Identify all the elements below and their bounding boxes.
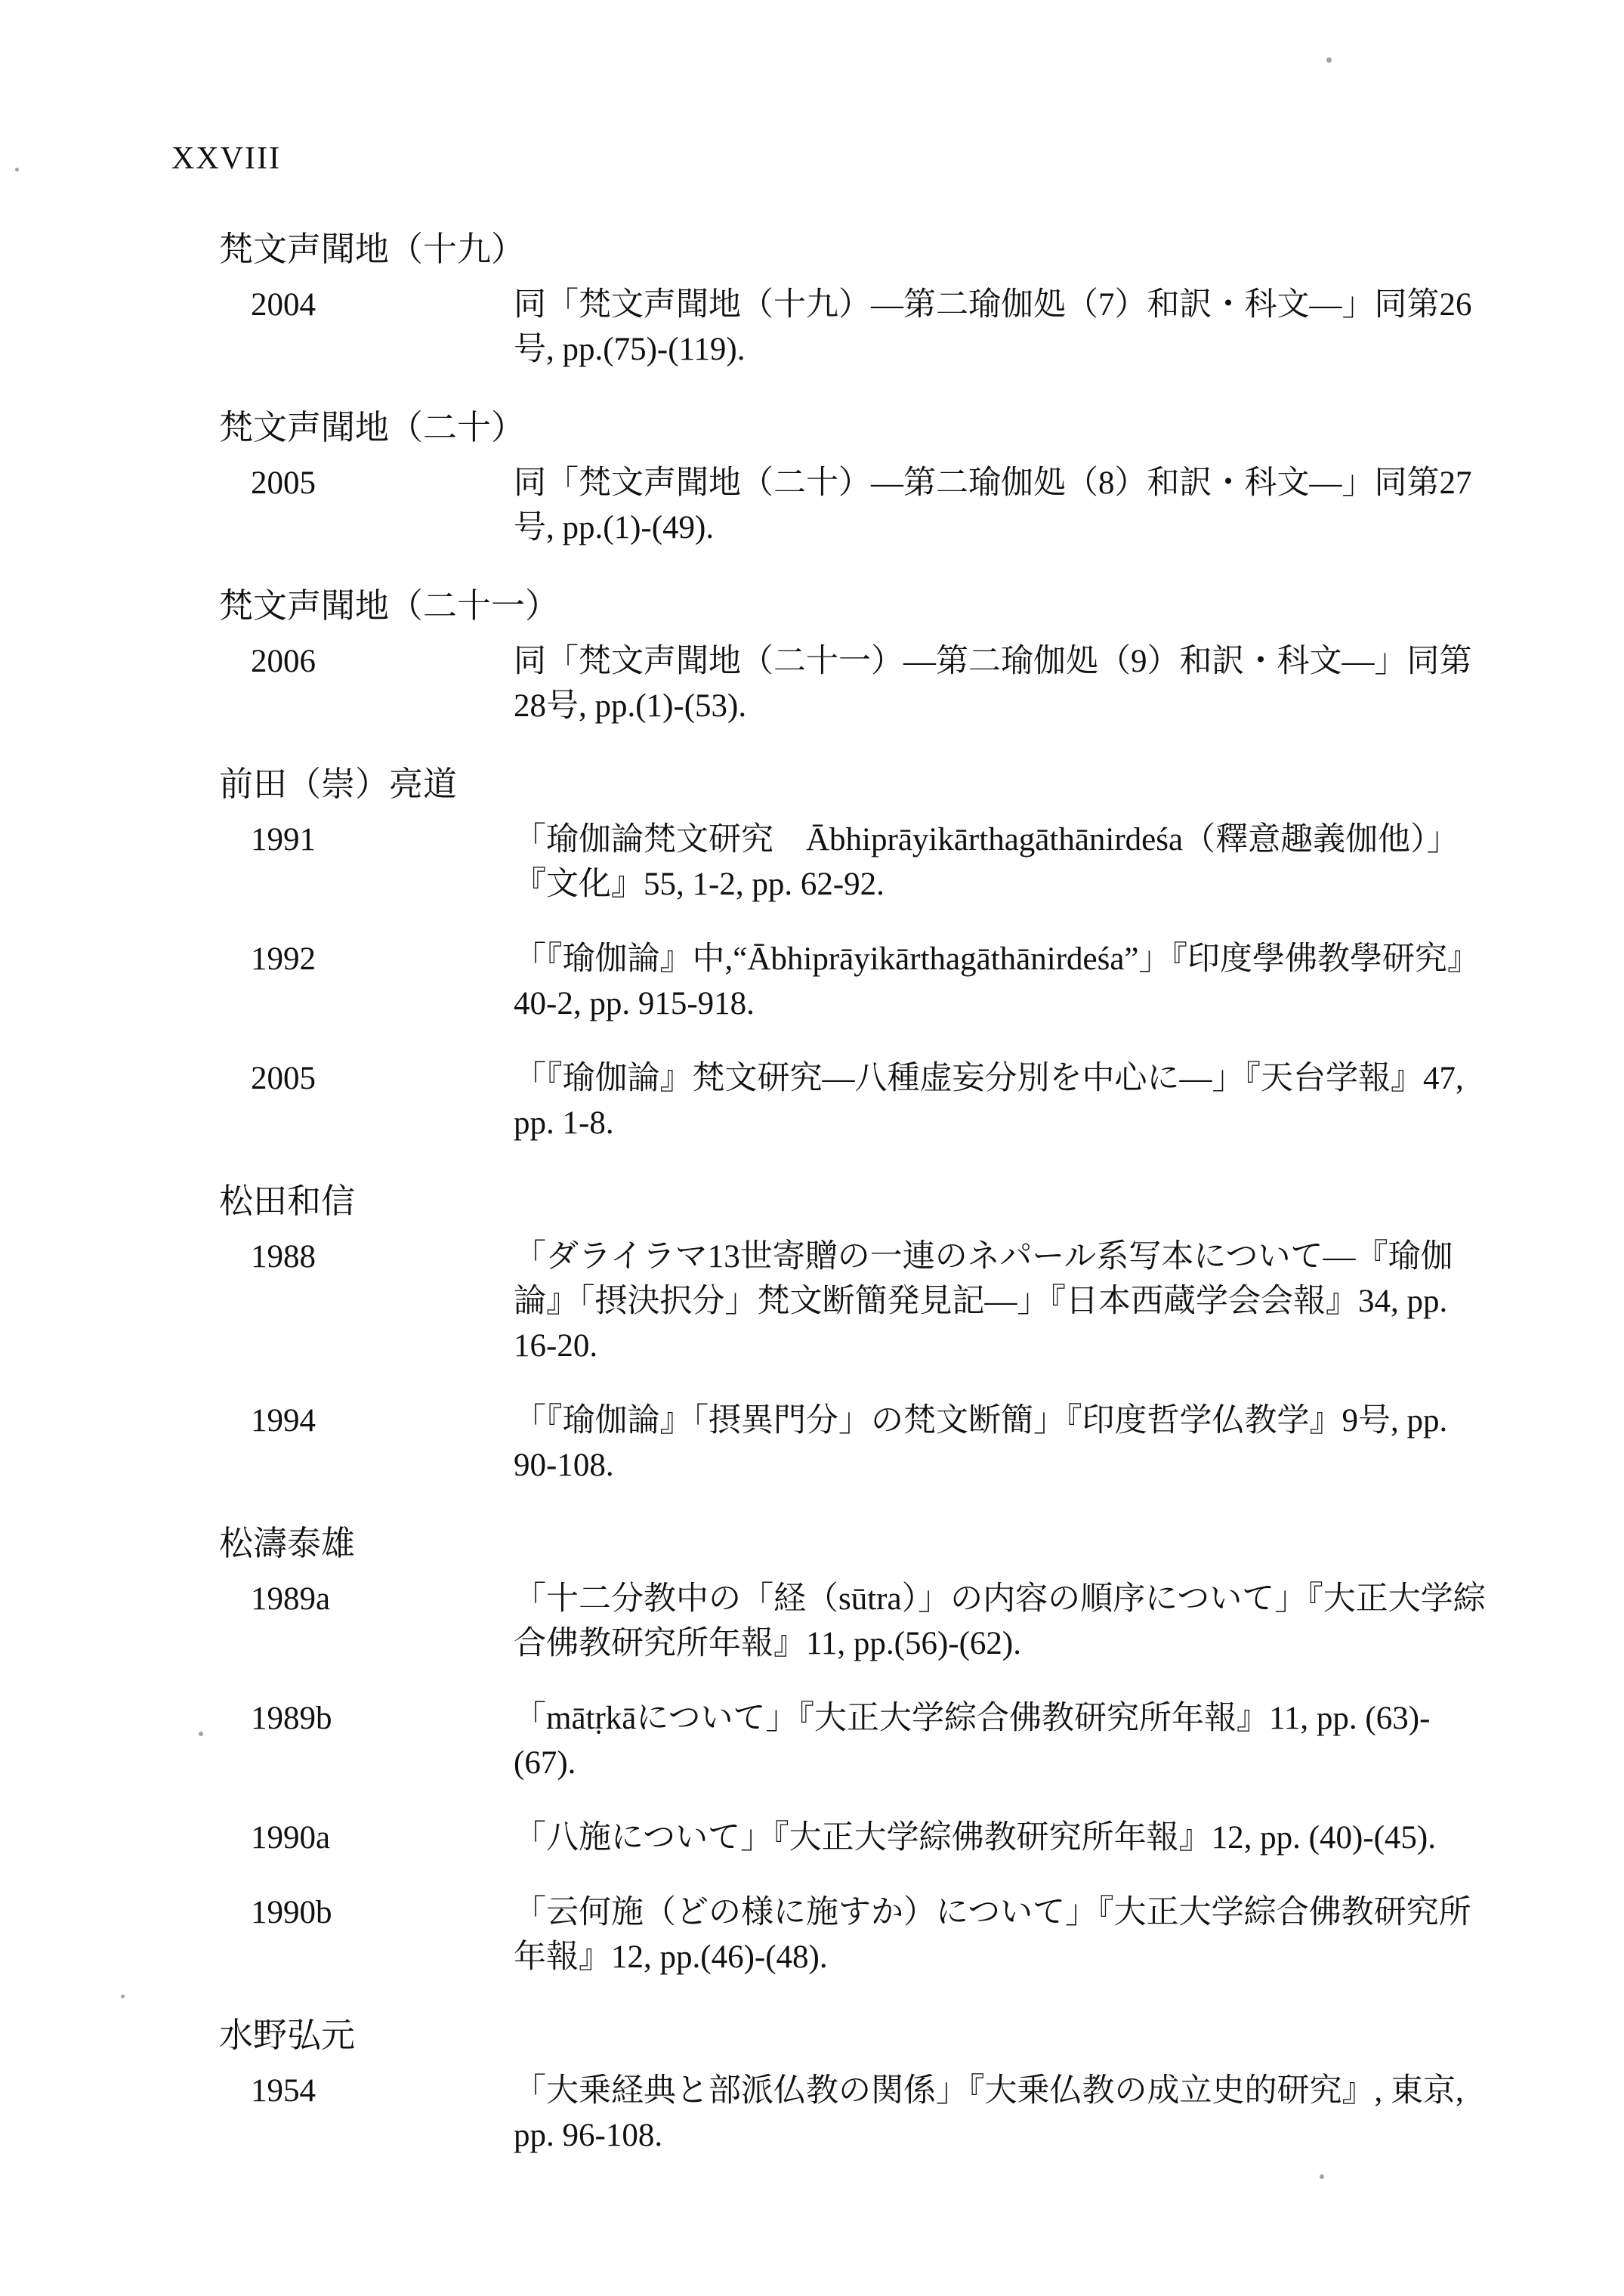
reference-entry: 1990a「八施について」『大正大学綜佛教研究所年報』12, pp. (40)-… — [219, 1815, 1496, 1860]
bibliography-section: 梵文声聞地（十九）2004同「梵文声聞地（十九）—第二瑜伽処（7）和訳・科文—」… — [219, 227, 1496, 372]
entry-year: 1954 — [219, 2069, 514, 2113]
author-heading: 松田和信 — [219, 1179, 1496, 1224]
scan-speck — [121, 1995, 125, 1998]
entry-year: 2006 — [219, 639, 514, 684]
author-heading: 松濤泰雄 — [219, 1521, 1496, 1566]
entry-year: 1994 — [219, 1398, 514, 1443]
entry-year: 2005 — [219, 1056, 514, 1101]
reference-entry: 1994「『瑜伽論』「摂異門分」の梵文断簡」『印度哲学仏教学』9号, pp. 9… — [219, 1398, 1496, 1488]
scan-speck — [15, 168, 19, 172]
entry-year: 2005 — [219, 461, 514, 505]
entry-citation: 「瑜伽論梵文研究 Ābhiprāyikārthagāthānirdeśa（釋意趣… — [514, 817, 1492, 907]
author-heading: 梵文声聞地（二十） — [219, 405, 1496, 450]
bibliography-section: 松濤泰雄1989a「十二分教中の「経（sūtra）」の内容の順序について」『大正… — [219, 1521, 1496, 1979]
entry-citation: 同「梵文声聞地（二十一）—第二瑜伽処（9）和訳・科文—」同第28号, pp.(1… — [514, 639, 1492, 728]
entry-citation: 「mātṛkāについて」『大正大学綜合佛教研究所年報』11, pp. (63)-… — [514, 1696, 1492, 1785]
entry-year: 1989b — [219, 1696, 514, 1741]
entry-year: 1990b — [219, 1890, 514, 1935]
reference-entry: 2004同「梵文声聞地（十九）—第二瑜伽処（7）和訳・科文—」同第26号, pp… — [219, 283, 1496, 372]
entry-citation: 「『瑜伽論』「摂異門分」の梵文断簡」『印度哲学仏教学』9号, pp. 90-10… — [514, 1398, 1492, 1488]
entry-citation: 「大乗経典と部派仏教の関係」『大乗仏教の成立史的研究』, 東京, pp. 96-… — [514, 2069, 1492, 2158]
reference-entry: 2006同「梵文声聞地（二十一）—第二瑜伽処（9）和訳・科文—」同第28号, p… — [219, 639, 1496, 728]
entry-year: 2004 — [219, 283, 514, 327]
scan-speck — [1320, 2174, 1324, 2179]
reference-entry: 2005「『瑜伽論』梵文研究—八種虚妄分別を中心に—」『天台学報』47, pp.… — [219, 1056, 1496, 1145]
reference-entry: 1989b「mātṛkāについて」『大正大学綜合佛教研究所年報』11, pp. … — [219, 1696, 1496, 1785]
author-heading: 梵文声聞地（二十一） — [219, 583, 1496, 629]
entry-citation: 「十二分教中の「経（sūtra）」の内容の順序について」『大正大学綜合佛教研究所… — [514, 1577, 1492, 1666]
page-number: XXVIII — [171, 141, 281, 177]
bibliography-section: 梵文声聞地（二十一）2006同「梵文声聞地（二十一）—第二瑜伽処（9）和訳・科文… — [219, 583, 1496, 728]
entry-citation: 「『瑜伽論』梵文研究—八種虚妄分別を中心に—」『天台学報』47, pp. 1-8… — [514, 1056, 1492, 1145]
reference-entry: 1992「『瑜伽論』中,“Ābhiprāyikārthagāthānirdeśa… — [219, 937, 1496, 1026]
entry-citation: 同「梵文声聞地（十九）—第二瑜伽処（7）和訳・科文—」同第26号, pp.(75… — [514, 283, 1492, 372]
reference-entry: 1988「ダライラマ13世寄贈の一連のネパール系写本について—『瑜伽論』「摂決択… — [219, 1235, 1496, 1368]
reference-entry: 2005同「梵文声聞地（二十）—第二瑜伽処（8）和訳・科文—」同第27号, pp… — [219, 461, 1496, 550]
scan-speck — [199, 1732, 203, 1736]
author-heading: 梵文声聞地（十九） — [219, 227, 1496, 272]
entry-citation: 「ダライラマ13世寄贈の一連のネパール系写本について—『瑜伽論』「摂決択分」梵文… — [514, 1235, 1492, 1368]
bibliography-list: 梵文声聞地（十九）2004同「梵文声聞地（十九）—第二瑜伽処（7）和訳・科文—」… — [219, 227, 1496, 2191]
entry-year: 1991 — [219, 817, 514, 862]
reference-entry: 1990b「云何施（どの様に施すか）について」『大正大学綜合佛教研究所年報』12… — [219, 1890, 1496, 1979]
entry-citation: 同「梵文声聞地（二十）—第二瑜伽処（8）和訳・科文—」同第27号, pp.(1)… — [514, 461, 1492, 550]
entry-year: 1988 — [219, 1235, 514, 1279]
reference-entry: 1954「大乗経典と部派仏教の関係」『大乗仏教の成立史的研究』, 東京, pp.… — [219, 2069, 1496, 2158]
reference-entry: 1989a「十二分教中の「経（sūtra）」の内容の順序について」『大正大学綜合… — [219, 1577, 1496, 1666]
bibliography-section: 前田（崇）亮道1991「瑜伽論梵文研究 Ābhiprāyikārthagāthā… — [219, 762, 1496, 1145]
scan-speck — [1326, 57, 1332, 63]
entry-year: 1992 — [219, 937, 514, 981]
bibliography-section: 梵文声聞地（二十）2005同「梵文声聞地（二十）—第二瑜伽処（8）和訳・科文—」… — [219, 405, 1496, 550]
bibliography-section: 水野弘元1954「大乗経典と部派仏教の関係」『大乗仏教の成立史的研究』, 東京,… — [219, 2013, 1496, 2158]
reference-entry: 1991「瑜伽論梵文研究 Ābhiprāyikārthagāthānirdeśa… — [219, 817, 1496, 907]
entry-citation: 「云何施（どの様に施すか）について」『大正大学綜合佛教研究所年報』12, pp.… — [514, 1890, 1492, 1979]
entry-year: 1990a — [219, 1815, 514, 1860]
author-heading: 前田（崇）亮道 — [219, 762, 1496, 807]
bibliography-section: 松田和信1988「ダライラマ13世寄贈の一連のネパール系写本について—『瑜伽論』… — [219, 1179, 1496, 1488]
scanned-bibliography-page: { "page": { "number_label": "XXVIII" }, … — [0, 0, 1624, 2296]
entry-year: 1989a — [219, 1577, 514, 1621]
entry-citation: 「『瑜伽論』中,“Ābhiprāyikārthagāthānirdeśa”」『印… — [514, 937, 1492, 1026]
entry-citation: 「八施について」『大正大学綜佛教研究所年報』12, pp. (40)-(45). — [514, 1815, 1492, 1860]
author-heading: 水野弘元 — [219, 2013, 1496, 2058]
